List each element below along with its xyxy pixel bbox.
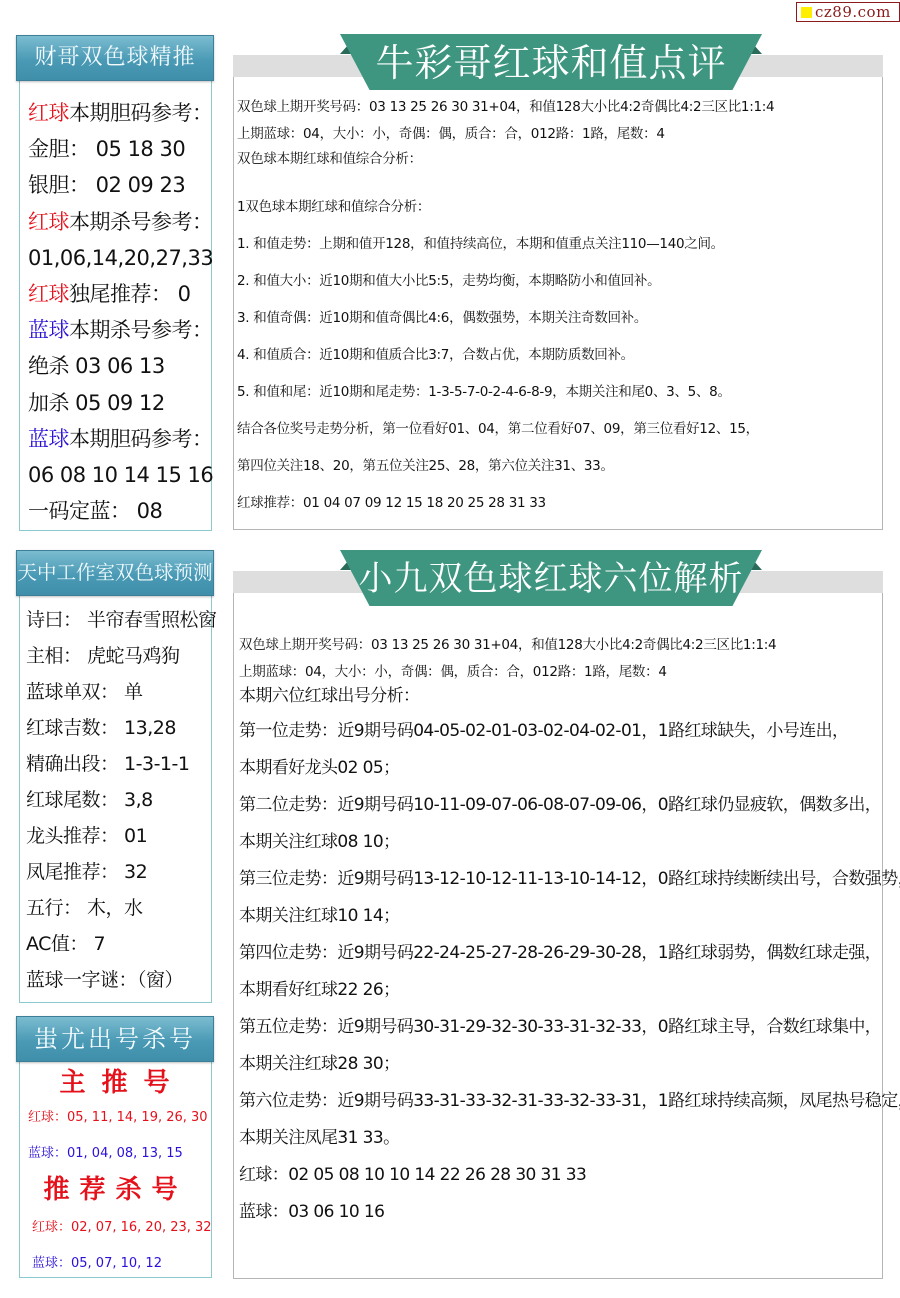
label-text: 本期杀号参考：: [69, 210, 213, 234]
label-text: 独尾推荐： 0: [69, 282, 191, 306]
xiaojiu-panel: 双色球上期开奖号码：03 13 25 26 30 31+04，和值128大小比4…: [233, 593, 883, 1279]
last-draw-line: 双色球上期开奖号码：03 13 25 26 30 31+04，和值128大小比4…: [234, 99, 882, 116]
banner-title: 牛彩哥红球和值点评: [340, 34, 762, 90]
label-text: 本期杀号参考：: [69, 318, 213, 342]
label-text: 本期胆码参考：: [69, 427, 213, 451]
pos5-pick: 本期关注红球28 30；: [234, 1046, 882, 1083]
label-text: 本期胆码参考：: [69, 101, 213, 125]
gold-dan: 金胆： 05 18 30: [20, 131, 211, 167]
tail-pick-row: 凤尾推荐： 32: [20, 854, 211, 890]
blue-riddle-row: 蓝球一字谜：（窗）: [20, 962, 211, 998]
analysis-subheading: 1双色球本期红球和值综合分析：: [234, 189, 882, 226]
chiyou-panel: 主推号 红球：05, 11, 14, 19, 26, 30 蓝球：01, 04,…: [19, 1058, 212, 1278]
red-ball-final: 红球：02 05 08 10 10 14 22 26 28 30 31 33: [234, 1157, 882, 1194]
poem-row: 诗曰： 半帘春雪照松窗: [20, 602, 211, 638]
ac-value-row: AC值： 7: [20, 926, 211, 962]
kill-red: 红球：02, 07, 16, 20, 23, 32: [20, 1205, 211, 1251]
blue-dan-label: 蓝球本期胆码参考：: [20, 421, 211, 457]
blue-extra-kill: 加杀 05 09 12: [20, 385, 211, 421]
red-dan-label: 红球本期胆码参考：: [20, 95, 211, 131]
caige-panel-title: 财哥双色球精推: [16, 35, 214, 81]
sum-trend-item: 1. 和值走势：上期和值开128，和值持续高位，本期和值重点关注110—140之…: [234, 226, 882, 263]
red-ball-label: 红球: [28, 210, 69, 234]
pos6-pick: 本期关注凤尾31 33。: [234, 1120, 882, 1157]
red-ball-label: 红球: [28, 282, 69, 306]
watermark-badge[interactable]: cz89.com: [796, 2, 900, 22]
blue-ball-label: 蓝球: [28, 427, 69, 451]
niucaige-panel: 双色球上期开奖号码：03 13 25 26 30 31+04，和值128大小比4…: [233, 77, 883, 530]
blue-kill-label: 蓝球本期杀号参考：: [20, 312, 211, 348]
red-recommendation: 红球推荐：01 04 07 09 12 15 18 20 25 28 31 33: [234, 485, 882, 522]
sum-odd-even-item: 3. 和值奇偶：近10期和值奇偶比4:6，偶数强势，本期关注奇数回补。: [234, 300, 882, 337]
last-draw-line: 双色球上期开奖号码：03 13 25 26 30 31+04，和值128大小比4…: [234, 637, 882, 654]
main-pick-blue: 蓝球：01, 04, 08, 13, 15: [20, 1133, 211, 1175]
last-blue-line: 上期蓝球：04，大小：小，奇偶：偶，质合：合，012路：1路，尾数：4: [234, 126, 882, 143]
six-position-heading: 本期六位红球出号分析：: [234, 685, 882, 707]
pos1-trend: 第一位走势：近9期号码04-05-02-01-03-02-04-02-01，1路…: [234, 713, 882, 750]
caige-panel: 红球本期胆码参考： 金胆： 05 18 30 银胆： 02 09 23 红球本期…: [19, 80, 212, 531]
xiaojiu-banner: 小九双色球红球六位解析: [340, 550, 762, 606]
pos4-trend: 第四位走势：近9期号码22-24-25-27-28-26-29-30-28，1路…: [234, 935, 882, 972]
pos2-pick: 本期关注红球08 10；: [234, 824, 882, 861]
red-kill-values: 01,06,14,20,27,33: [20, 240, 211, 276]
pos1-pick: 本期看好龙头02 05；: [234, 750, 882, 787]
blue-odd-even-row: 蓝球单双： 单: [20, 674, 211, 710]
red-kill-label: 红球本期杀号参考：: [20, 204, 211, 240]
banner-title: 小九双色球红球六位解析: [340, 550, 762, 606]
position-analysis-1: 结合各位奖号走势分析，第一位看好01、04，第二位看好07、09，第三位看好12…: [234, 411, 882, 448]
zodiac-row: 主相： 虎蛇马鸡狗: [20, 638, 211, 674]
silver-dan: 银胆： 02 09 23: [20, 167, 211, 203]
head-pick-row: 龙头推荐： 01: [20, 818, 211, 854]
blue-absolute-kill: 绝杀 03 06 13: [20, 348, 211, 384]
analysis-heading: 双色球本期红球和值综合分析：: [234, 151, 882, 168]
red-tail-row: 红球尾数： 3,8: [20, 782, 211, 818]
pos3-trend: 第三位走势：近9期号码13-12-10-12-11-13-10-14-12，0路…: [234, 861, 882, 898]
main-pick-heading: 主推号: [20, 1063, 211, 1103]
kill-blue: 蓝球：05, 07, 10, 12: [20, 1251, 211, 1277]
red-ball-label: 红球: [28, 101, 69, 125]
sum-prime-item: 4. 和值质合：近10期和值质合比3:7，合数占优，本期防质数回补。: [234, 337, 882, 374]
red-tail-pick: 红球独尾推荐： 0: [20, 276, 211, 312]
one-blue-pick: 一码定蓝： 08: [20, 493, 211, 529]
yellow-square-icon: [801, 7, 812, 18]
blue-dan-values: 06 08 10 14 15 16: [20, 457, 211, 493]
kill-heading: 推荐杀号: [20, 1175, 211, 1205]
segment-row: 精确出段： 1-3-1-1: [20, 746, 211, 782]
blue-ball-label: 蓝球: [28, 318, 69, 342]
pos2-trend: 第二位走势：近9期号码10-11-09-07-06-08-07-09-06，0路…: [234, 787, 882, 824]
red-lucky-row: 红球吉数： 13,28: [20, 710, 211, 746]
pos4-pick: 本期看好红球22 26；: [234, 972, 882, 1009]
niucaige-banner: 牛彩哥红球和值点评: [340, 34, 762, 90]
blue-ball-final: 蓝球：03 06 10 16: [234, 1194, 882, 1231]
pos3-pick: 本期关注红球10 14；: [234, 898, 882, 935]
chiyou-panel-title: 蚩尤出号杀号: [16, 1016, 214, 1062]
position-analysis-2: 第四位关注18、20，第五位关注25、28，第六位关注31、33。: [234, 448, 882, 485]
main-pick-red: 红球：05, 11, 14, 19, 26, 30: [20, 1103, 211, 1133]
last-blue-line: 上期蓝球：04，大小：小，奇偶：偶，质合：合，012路：1路，尾数：4: [234, 664, 882, 681]
five-elements-row: 五行： 木，水: [20, 890, 211, 926]
sum-size-item: 2. 和值大小：近10期和值大小比5:5，走势均衡，本期略防小和值回补。: [234, 263, 882, 300]
pos5-trend: 第五位走势：近9期号码30-31-29-32-30-33-31-32-33，0路…: [234, 1009, 882, 1046]
watermark-text: cz89.com: [815, 3, 891, 21]
sum-tail-item: 5. 和值和尾：近10期和尾走势：1-3-5-7-0-2-4-6-8-9，本期关…: [234, 374, 882, 411]
pos6-trend: 第六位走势：近9期号码33-31-33-32-31-33-32-33-31，1路…: [234, 1083, 882, 1120]
tianzhong-panel: 诗曰： 半帘春雪照松窗 主相： 虎蛇马鸡狗 蓝球单双： 单 红球吉数： 13,2…: [19, 595, 212, 1003]
tianzhong-panel-title: 天中工作室双色球预测: [16, 550, 214, 596]
